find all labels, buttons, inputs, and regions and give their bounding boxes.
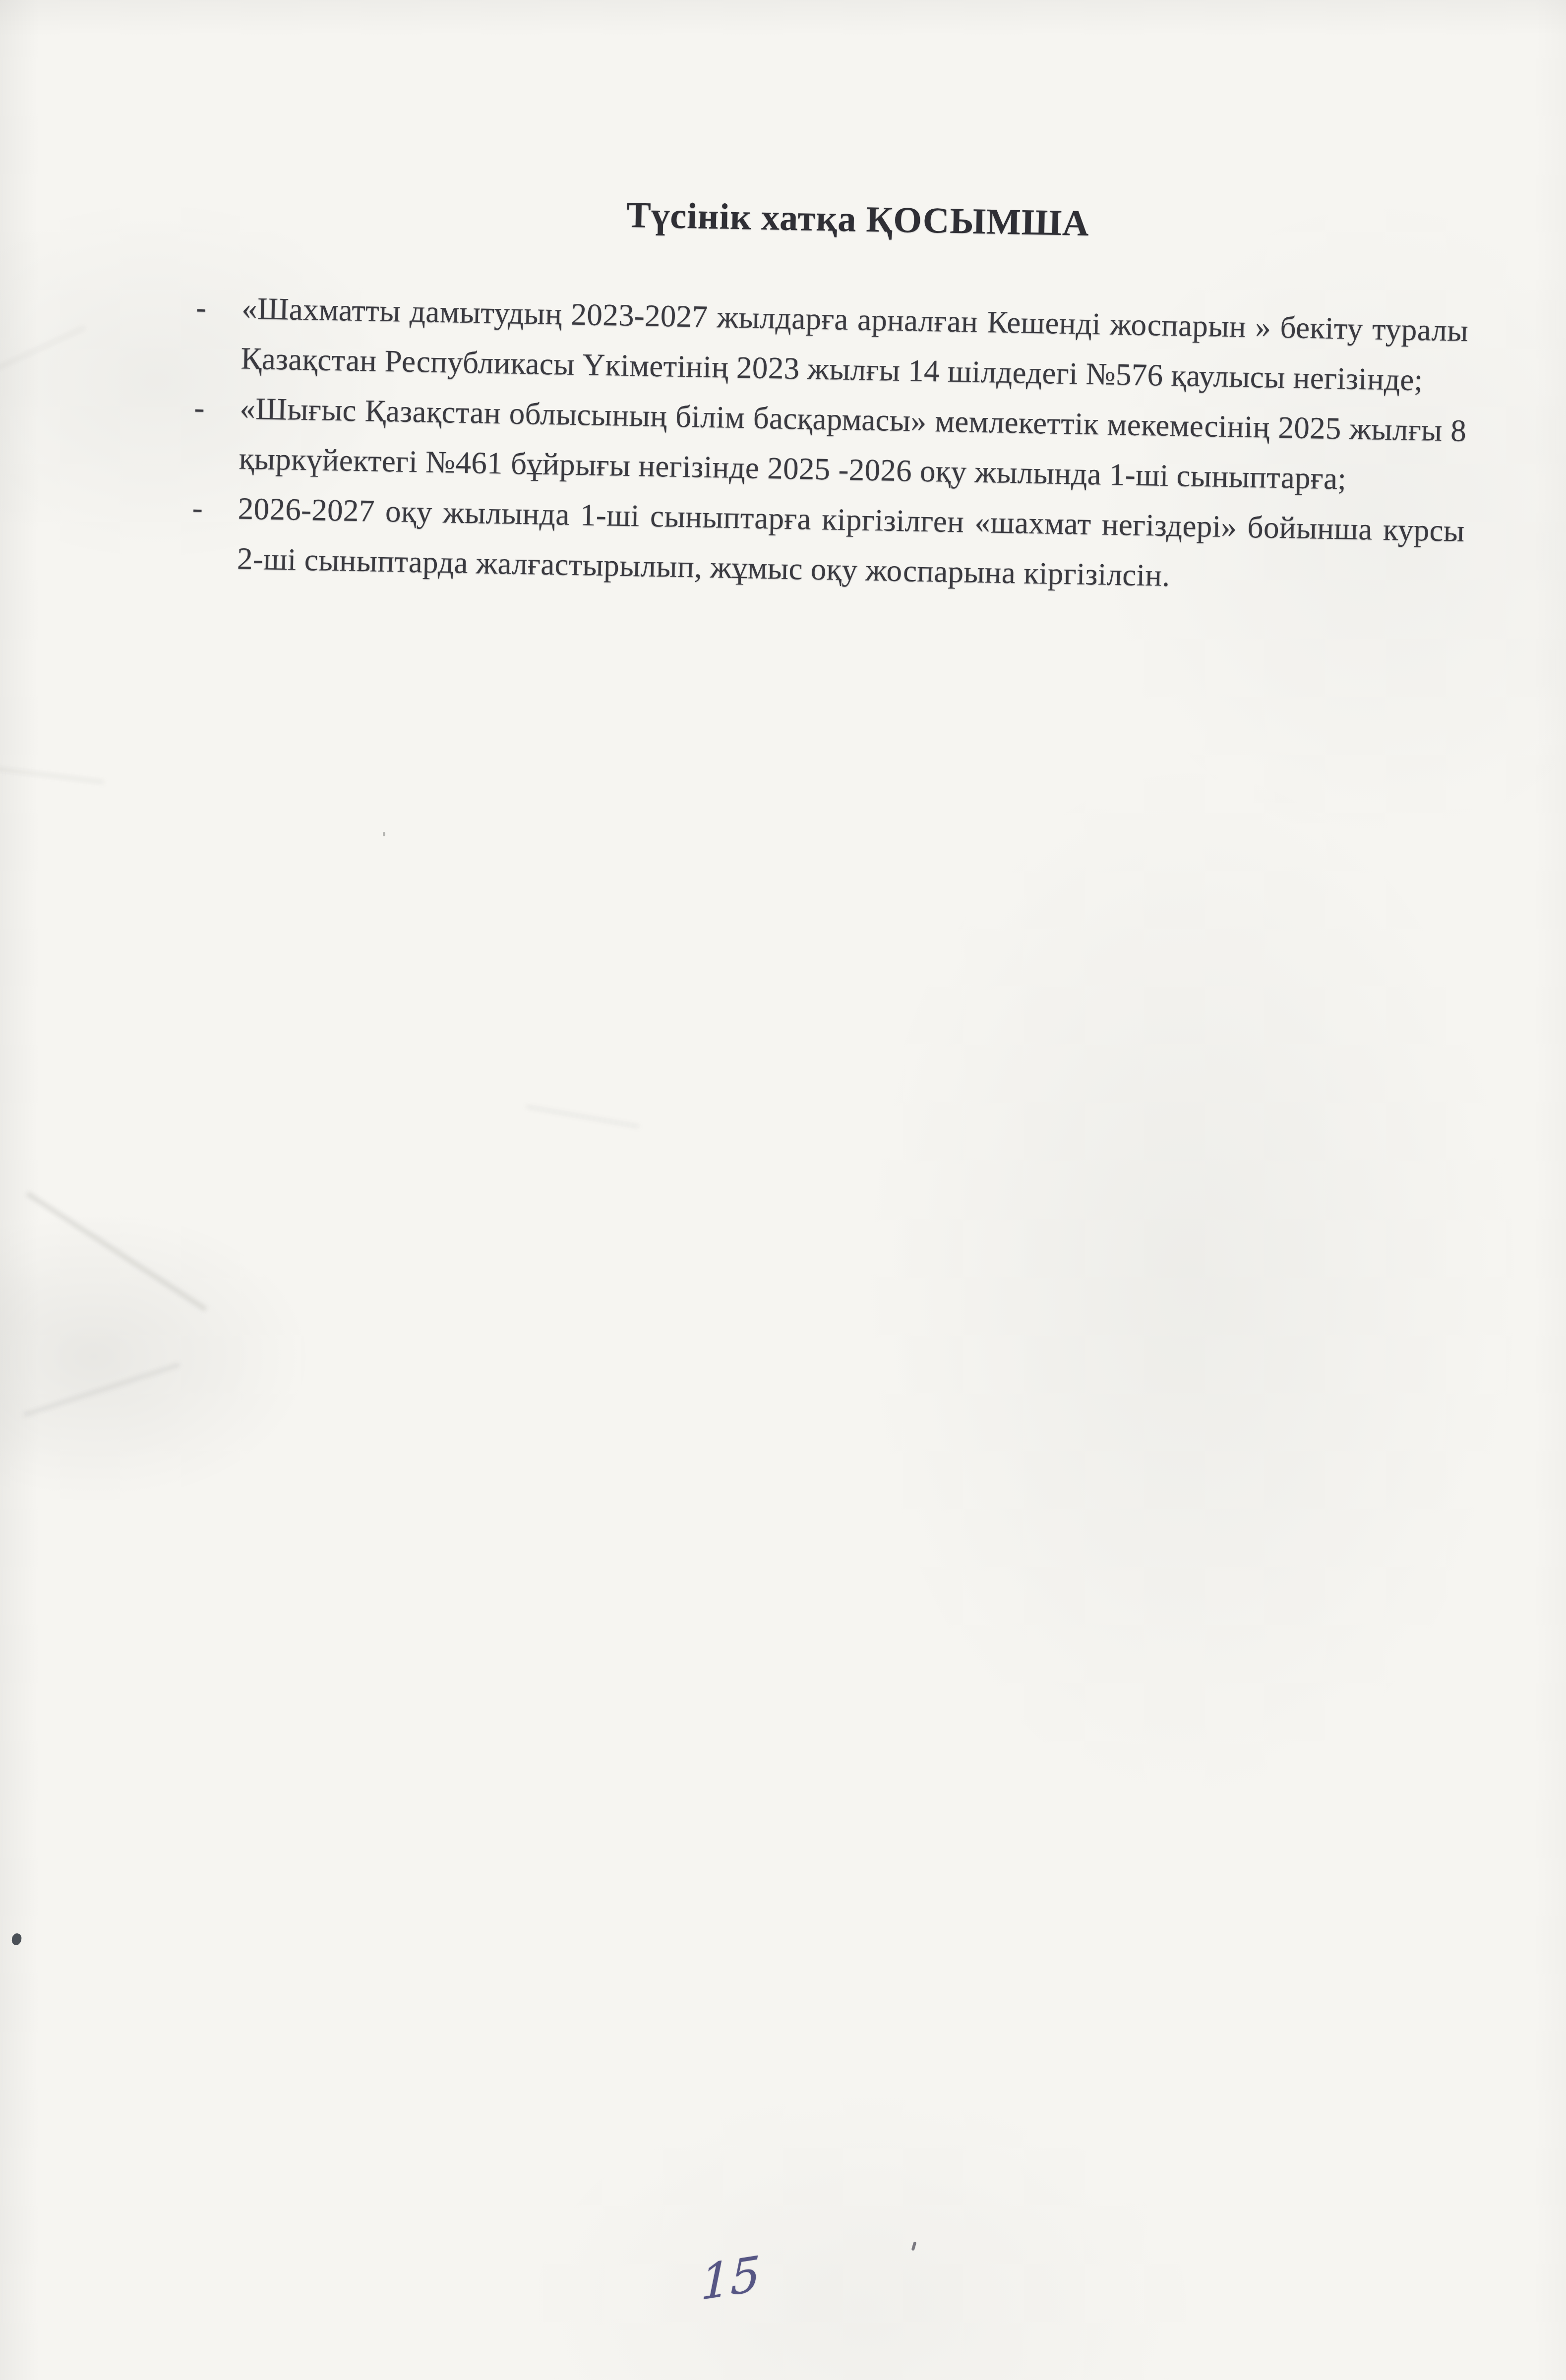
- scanned-page: Түсінік хатқа ҚОСЫМША - «Шахматты дамыту…: [0, 0, 1566, 2380]
- document-content: Түсінік хатқа ҚОСЫМША - «Шахматты дамыту…: [191, 182, 1470, 606]
- bullet-marker: -: [195, 283, 242, 334]
- paper-crease: [0, 766, 104, 783]
- paper-crease: [23, 1363, 180, 1417]
- page-title: Түсінік хатқа ҚОСЫМША: [245, 183, 1470, 255]
- pen-mark-speck: [911, 2242, 917, 2251]
- paper-crease: [526, 1105, 639, 1128]
- paper-crease: [26, 1192, 207, 1312]
- bullet-marker: -: [194, 383, 241, 434]
- handwritten-page-number: 15: [700, 2246, 761, 2312]
- paper-crease: [0, 326, 85, 371]
- bullet-list: - «Шахматты дамытудың 2023-2027 жылдарға…: [191, 283, 1469, 606]
- dust-speck: [383, 832, 385, 836]
- bullet-marker: -: [192, 483, 239, 534]
- ink-speck: [11, 1932, 23, 1946]
